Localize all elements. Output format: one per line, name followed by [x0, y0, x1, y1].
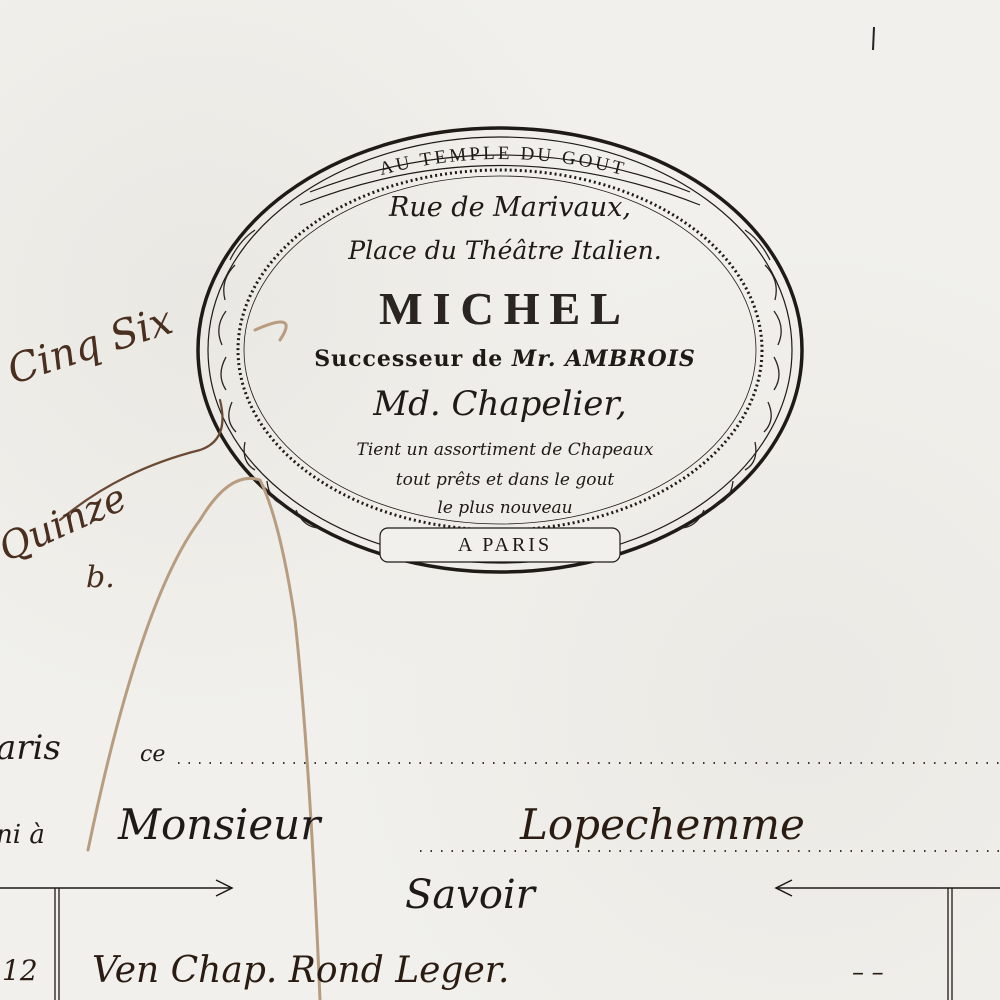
ink-mark [873, 27, 874, 50]
successor-name: Mr. AMBROIS [512, 346, 696, 372]
merchant-name: MICHEL [300, 282, 710, 335]
sold-to-label: ni à [0, 820, 45, 850]
table-row: 12 Ven Chap. Rond Leger. – – [0, 950, 1000, 1000]
address-line-1: Rue de Marivaux, [330, 192, 690, 223]
addressee-title: Monsieur [118, 800, 320, 849]
date-label: ce [140, 742, 165, 767]
item-column-header: Savoir [405, 872, 535, 918]
description-line-3: le plus nouveau [400, 498, 610, 518]
trade-line: Md. Chapelier, [330, 384, 670, 424]
row-quantity: 12 [2, 954, 38, 987]
margin-annotation-fragment: b. [86, 560, 115, 595]
row-price: – – [852, 958, 884, 986]
bottom-banner: A PARIS [400, 534, 610, 557]
row-description: Ven Chap. Rond Leger. [92, 950, 509, 991]
description-line-1: Tient un assortiment de Chapeaux [280, 440, 730, 460]
svg-text:AU TEMPLE DU GOUT: AU TEMPLE DU GOUT [377, 143, 629, 180]
margin-annotation-1: Cinq Six [2, 297, 178, 393]
description-line-2: tout prêts et dans le gout [330, 470, 680, 490]
successor-prefix: Successeur de [314, 346, 512, 372]
sepia-strokes [88, 322, 320, 1000]
address-line-2: Place du Théâtre Italien. [290, 236, 720, 265]
margin-annotation-2: Quinze [0, 475, 133, 570]
place-label: aris [0, 728, 61, 768]
addressee-name[interactable]: Lopechemme [520, 800, 805, 849]
successor-line: Successeur de Mr. AMBROIS [245, 346, 765, 372]
